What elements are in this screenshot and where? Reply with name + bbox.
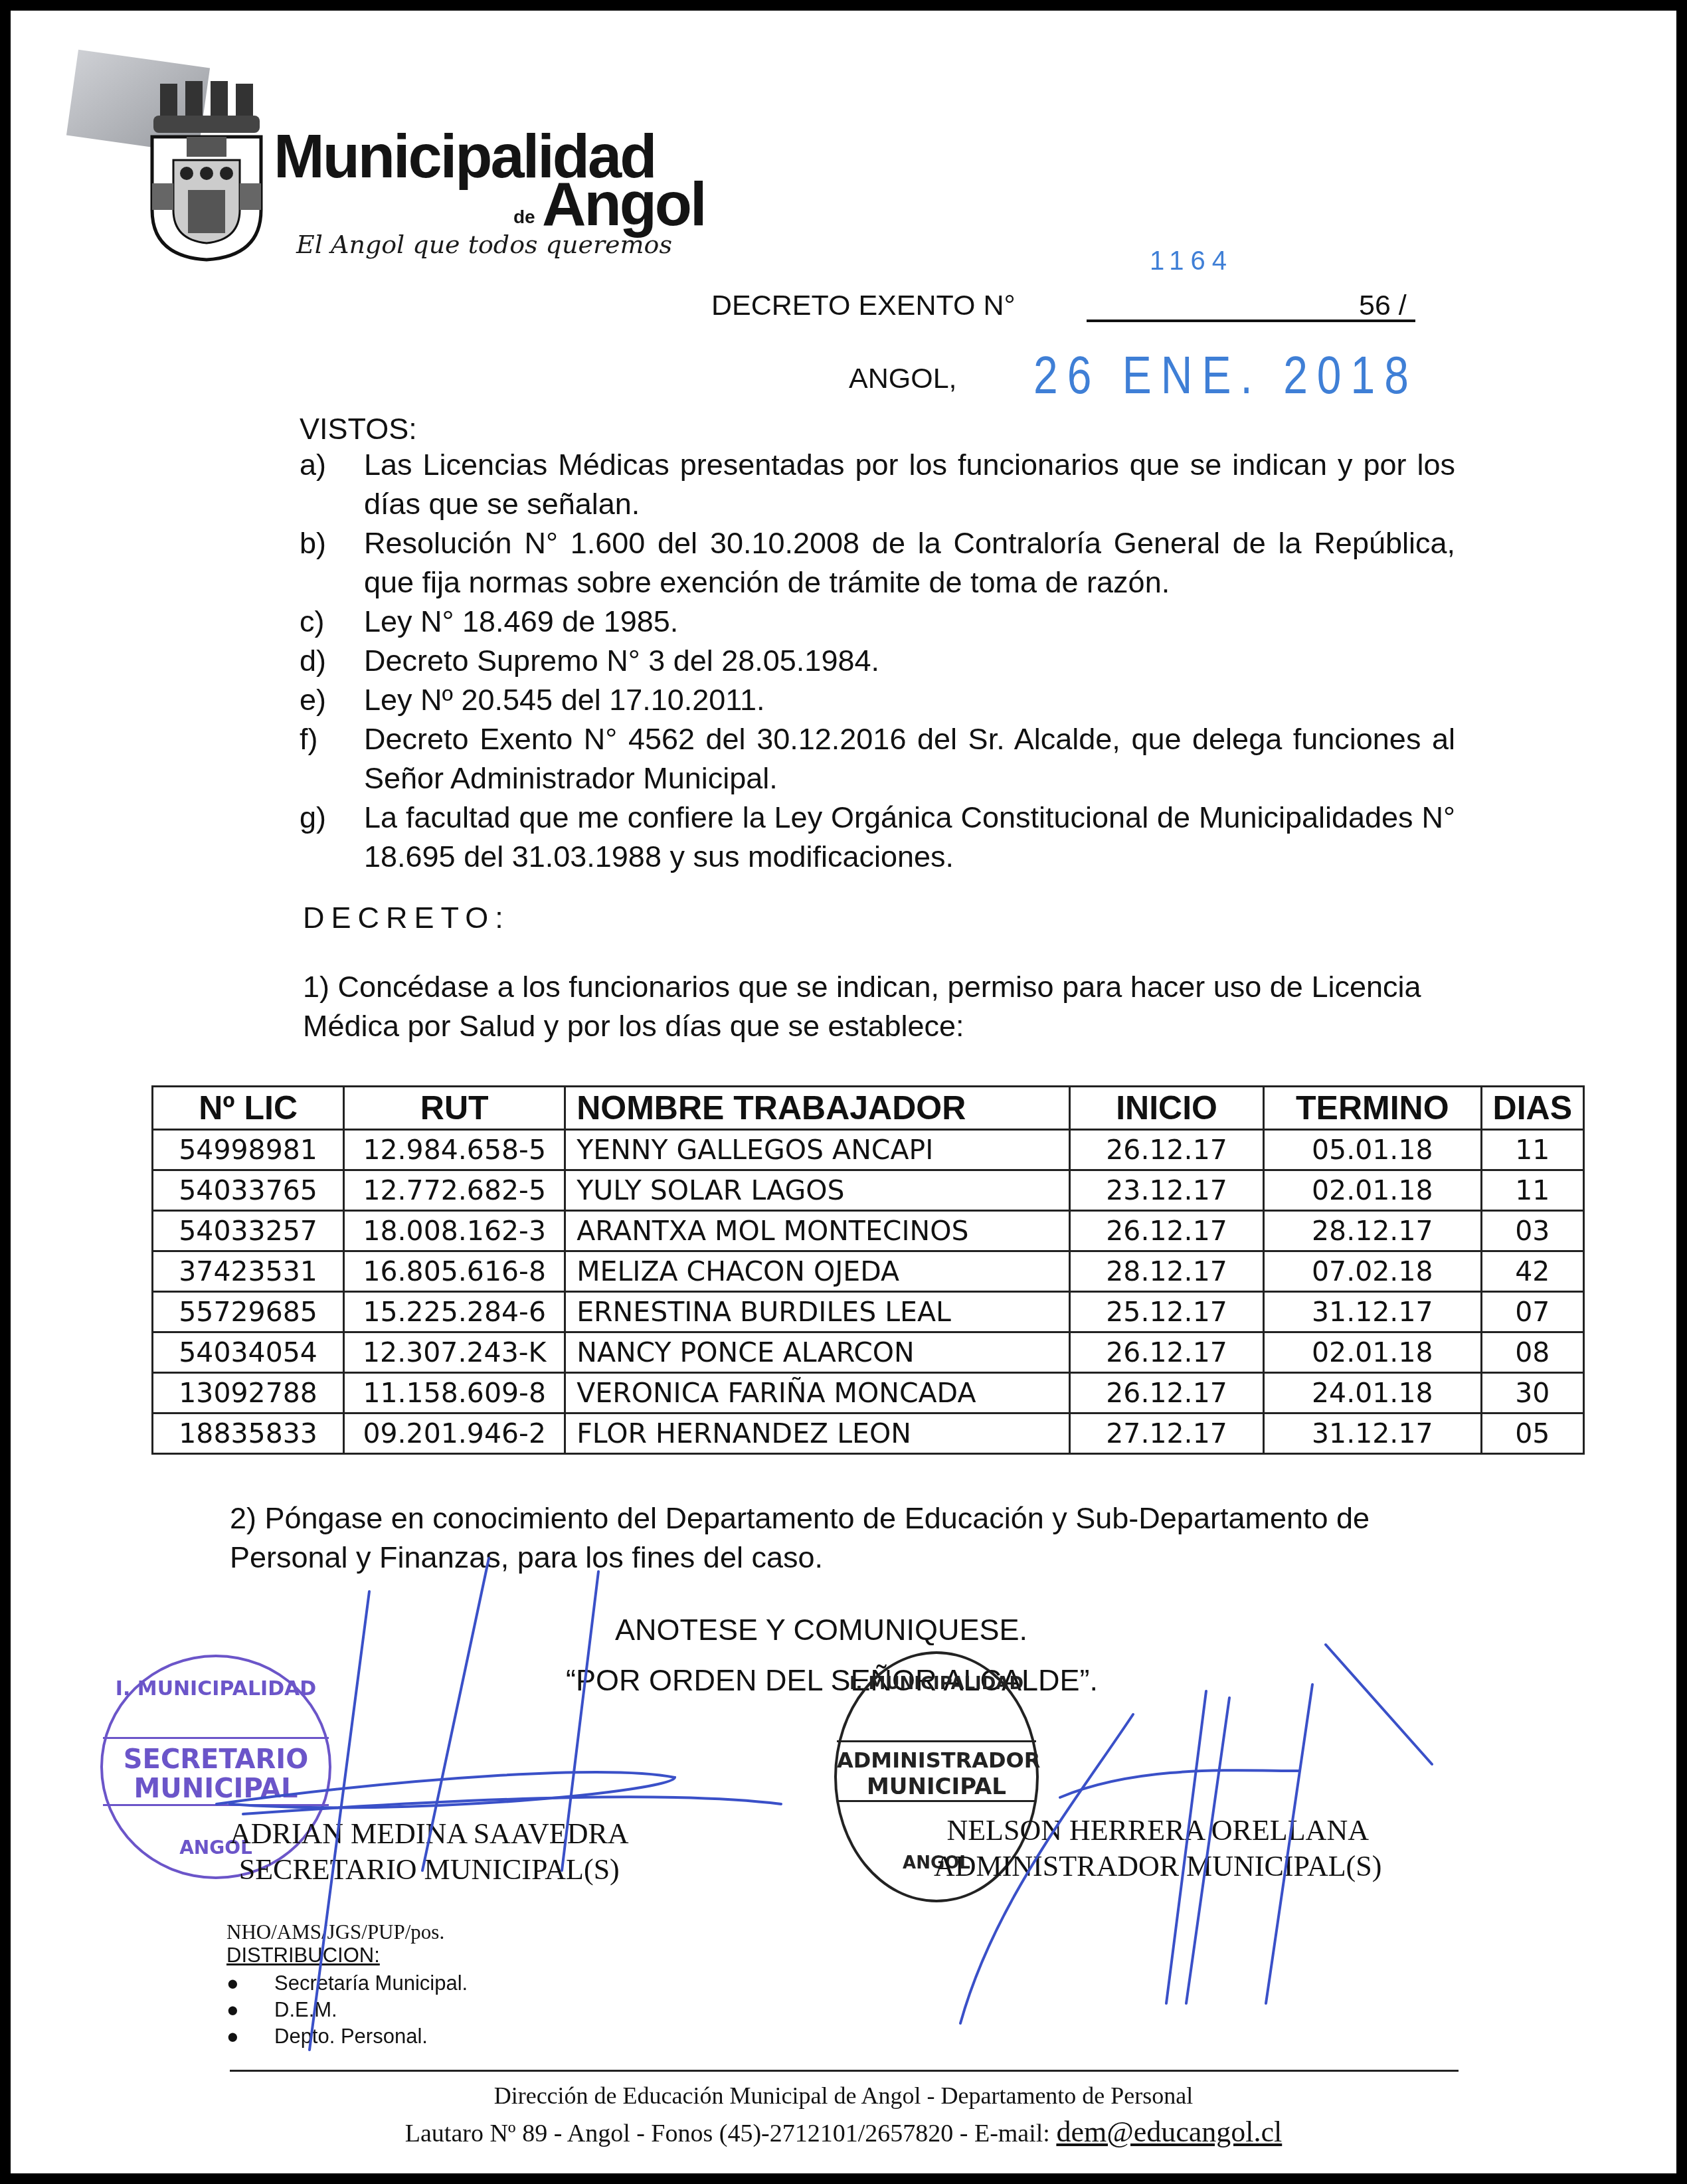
vistos-item: g)La facultad que me confiere la Ley Org… — [300, 798, 1455, 876]
signatory-left-title: SECRETARIO MUNICIPAL(S) — [230, 1852, 629, 1888]
col-header: Nº LIC — [153, 1087, 344, 1130]
table-cell: 16.805.616-8 — [344, 1251, 565, 1292]
table-cell: 30 — [1481, 1373, 1583, 1413]
table-cell: 02.01.18 — [1264, 1170, 1482, 1211]
table-cell: 54034054 — [153, 1332, 344, 1373]
table-cell: MELIZA CHACON OJEDA — [565, 1251, 1070, 1292]
decreto-heading: DECRETO: — [303, 901, 510, 935]
signatory-right: NELSON HERRERA ORELLANA ADMINISTRADOR MU… — [934, 1813, 1381, 1884]
document-page: Municipalidad de Angol El Angol que todo… — [11, 11, 1676, 2173]
table-cell: 08 — [1481, 1332, 1583, 1373]
footer-contact: Lautaro Nº 89 - Angol - Fonos (45)-27121… — [11, 2115, 1676, 2149]
table-row: 3742353116.805.616-8MELIZA CHACON OJEDA2… — [153, 1251, 1584, 1292]
brand-tagline: El Angol que todos queremos — [296, 230, 672, 259]
table-row: 5403405412.307.243-KNANCY PONCE ALARCON2… — [153, 1332, 1584, 1373]
date-stamp: 26 ENE. 2018 — [1033, 344, 1418, 405]
distribution-heading: DISTRIBUCION: — [226, 1944, 380, 1967]
table-cell: 11 — [1481, 1130, 1583, 1170]
table-row: 5403325718.008.162-3ARANTXA MOL MONTECIN… — [153, 1211, 1584, 1251]
decreto-point-2: 2) Póngase en conocimiento del Departame… — [230, 1499, 1465, 1577]
col-header: DIAS — [1481, 1087, 1583, 1130]
table-cell: 37423531 — [153, 1251, 344, 1292]
col-header: INICIO — [1070, 1087, 1264, 1130]
table-cell: 27.12.17 — [1070, 1413, 1264, 1454]
decree-label: DECRETO EXENTO N° — [711, 290, 1016, 322]
distribution-item: ●D.E.M. — [226, 1997, 468, 2023]
distribution-list: ●Secretaría Municipal. ●D.E.M. ●Depto. P… — [226, 1970, 468, 2050]
city-label: ANGOL, — [849, 363, 957, 395]
table-cell: 12.307.243-K — [344, 1332, 565, 1373]
table-cell: 09.201.946-2 — [344, 1413, 565, 1454]
table-cell: 07.02.18 — [1264, 1251, 1482, 1292]
table-cell: 03 — [1481, 1211, 1583, 1251]
signatory-left: ADRIAN MEDINA SAAVEDRA SECRETARIO MUNICI… — [230, 1816, 629, 1888]
vistos-item: a)Las Licencias Médicas presentadas por … — [300, 445, 1455, 523]
decree-number-stamp: 1164 — [1150, 246, 1233, 276]
decree-number: 56 / — [1359, 290, 1407, 322]
table-header-row: Nº LIC RUT NOMBRE TRABAJADOR INICIO TERM… — [153, 1087, 1584, 1130]
table-cell: 28.12.17 — [1070, 1251, 1264, 1292]
table-cell: 05.01.18 — [1264, 1130, 1482, 1170]
bullet-icon: ● — [226, 2023, 274, 2050]
table-cell: 26.12.17 — [1070, 1373, 1264, 1413]
table-cell: 02.01.18 — [1264, 1332, 1482, 1373]
table-cell: 12.984.658-5 — [344, 1130, 565, 1170]
vistos-item: c)Ley N° 18.469 de 1985. — [300, 602, 1455, 641]
signatory-right-title: ADMINISTRADOR MUNICIPAL(S) — [934, 1849, 1381, 1884]
bullet-icon: ● — [226, 1970, 274, 1997]
table-cell: 54998981 — [153, 1130, 344, 1170]
table-cell: 54033257 — [153, 1211, 344, 1251]
footer-address: Lautaro Nº 89 - Angol - Fonos (45)-27121… — [405, 2120, 1050, 2147]
table-cell: 26.12.17 — [1070, 1211, 1264, 1251]
table-cell: 28.12.17 — [1264, 1211, 1482, 1251]
table-cell: VERONICA FARIÑA MONCADA — [565, 1373, 1070, 1413]
table-cell: 42 — [1481, 1251, 1583, 1292]
vistos-item: e)Ley Nº 20.545 del 17.10.2011. — [300, 680, 1455, 719]
table-cell: 24.01.18 — [1264, 1373, 1482, 1413]
table-cell: 31.12.17 — [1264, 1292, 1482, 1332]
table-cell: 11.158.609-8 — [344, 1373, 565, 1413]
licenses-table: Nº LIC RUT NOMBRE TRABAJADOR INICIO TERM… — [151, 1085, 1585, 1455]
table-row: 5499898112.984.658-5YENNY GALLEGOS ANCAP… — [153, 1130, 1584, 1170]
coat-of-arms-icon — [147, 77, 266, 263]
table-cell: 26.12.17 — [1070, 1130, 1264, 1170]
table-cell: 07 — [1481, 1292, 1583, 1332]
footer-department: Dirección de Educación Municipal de Ango… — [11, 2082, 1676, 2110]
vistos-list: a)Las Licencias Médicas presentadas por … — [300, 445, 1455, 876]
table-cell: 15.225.284-6 — [344, 1292, 565, 1332]
table-cell: 31.12.17 — [1264, 1413, 1482, 1454]
table-row: 5572968515.225.284-6ERNESTINA BURDILES L… — [153, 1292, 1584, 1332]
table-cell: 25.12.17 — [1070, 1292, 1264, 1332]
col-header: NOMBRE TRABAJADOR — [565, 1087, 1070, 1130]
table-row: 1883583309.201.946-2FLOR HERNANDEZ LEON2… — [153, 1413, 1584, 1454]
table-cell: 23.12.17 — [1070, 1170, 1264, 1211]
footer-divider — [230, 2070, 1459, 2072]
table-cell: NANCY PONCE ALARCON — [565, 1332, 1070, 1373]
table-cell: YENNY GALLEGOS ANCAPI — [565, 1130, 1070, 1170]
vistos-item: f)Decreto Exento N° 4562 del 30.12.2016 … — [300, 719, 1455, 798]
decreto-point-1: 1) Concédase a los funcionarios que se i… — [303, 967, 1459, 1046]
table-row: 1309278811.158.609-8VERONICA FARIÑA MONC… — [153, 1373, 1584, 1413]
distribution-item: ●Secretaría Municipal. — [226, 1970, 468, 1997]
table-cell: ERNESTINA BURDILES LEAL — [565, 1292, 1070, 1332]
table-cell: 11 — [1481, 1170, 1583, 1211]
closing-anotese: ANOTESE Y COMUNIQUESE. — [615, 1613, 1027, 1647]
bullet-icon: ● — [226, 1997, 274, 2023]
table-cell: 13092788 — [153, 1373, 344, 1413]
footer-email-link[interactable]: dem@educangol.cl — [1056, 2116, 1282, 2148]
brand-de: de — [513, 207, 535, 228]
table-cell: 05 — [1481, 1413, 1583, 1454]
table-cell: YULY SOLAR LAGOS — [565, 1170, 1070, 1211]
vistos-heading: VISTOS: — [300, 409, 417, 448]
vistos-item: d)Decreto Supremo N° 3 del 28.05.1984. — [300, 641, 1455, 680]
table-cell: 18835833 — [153, 1413, 344, 1454]
reference-initials: NHO/AMS/JGS/PUP/pos. — [226, 1920, 444, 1944]
table-cell: 12.772.682-5 — [344, 1170, 565, 1211]
table-cell: 26.12.17 — [1070, 1332, 1264, 1373]
vistos-item: b)Resolución N° 1.600 del 30.10.2008 de … — [300, 523, 1455, 602]
col-header: RUT — [344, 1087, 565, 1130]
table-cell: FLOR HERNANDEZ LEON — [565, 1413, 1070, 1454]
col-header: TERMINO — [1264, 1087, 1482, 1130]
table-cell: 18.008.162-3 — [344, 1211, 565, 1251]
signatory-left-name: ADRIAN MEDINA SAAVEDRA — [230, 1816, 629, 1852]
signatory-right-name: NELSON HERRERA ORELLANA — [934, 1813, 1381, 1849]
table-row: 5403376512.772.682-5YULY SOLAR LAGOS23.1… — [153, 1170, 1584, 1211]
table-cell: 55729685 — [153, 1292, 344, 1332]
distribution-item: ●Depto. Personal. — [226, 2023, 468, 2050]
table-cell: ARANTXA MOL MONTECINOS — [565, 1211, 1070, 1251]
table-cell: 54033765 — [153, 1170, 344, 1211]
